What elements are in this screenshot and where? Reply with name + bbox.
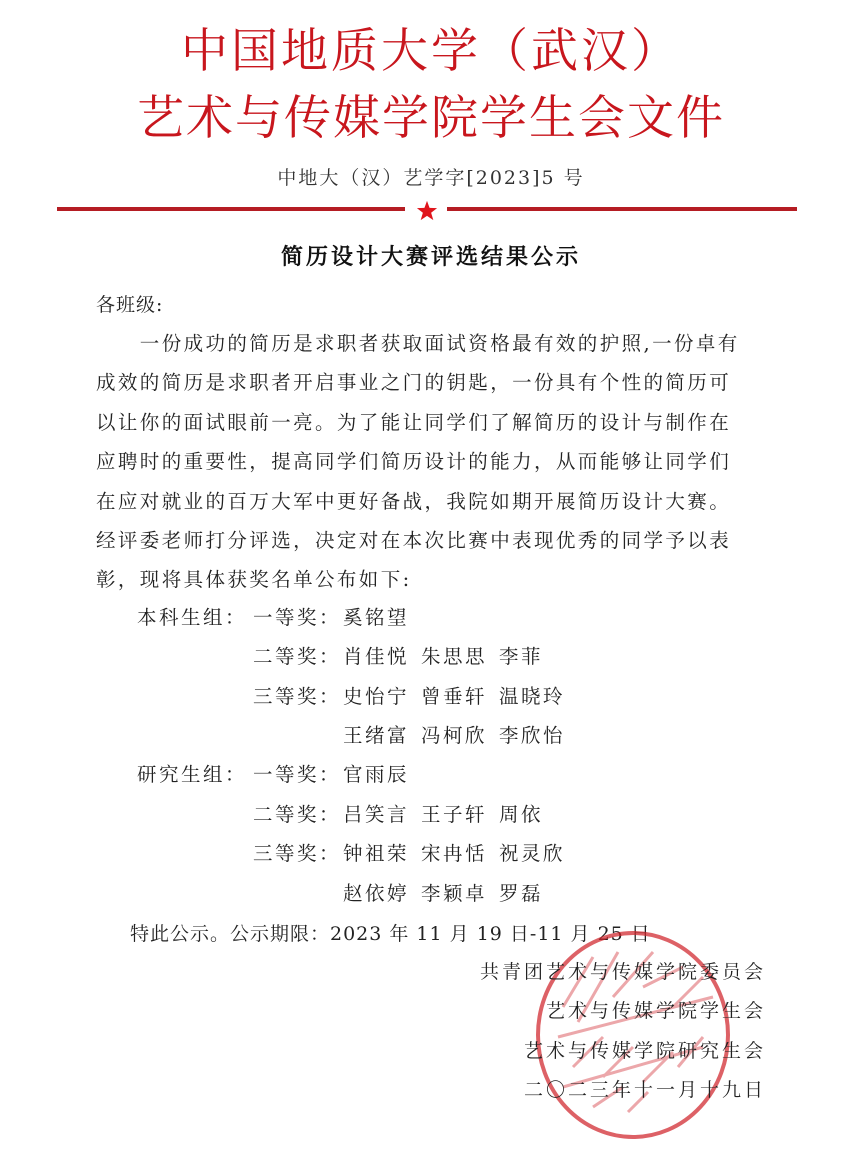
winner-name: 朱思思: [421, 645, 487, 668]
body-line: 在应对就业的百万大军中更好备战，我院如期开展简历设计大赛。: [96, 487, 768, 517]
body-line: 一份成功的简历是求职者获取面试资格最有效的护照,一份卓有: [96, 329, 768, 359]
winner-name: 赵依婷: [343, 882, 409, 905]
issue-date: 二〇二三年十一月十九日: [524, 1075, 766, 1105]
divider-right: [447, 207, 797, 211]
winner-name: 宋冉恬: [421, 842, 487, 865]
winner-names: 吕笑言王子轩周依: [343, 800, 555, 830]
group-label: 本科生组：: [137, 603, 247, 633]
award-row: 赵依婷李颖卓罗磊: [0, 879, 862, 909]
body-line: 以让你的面试眼前一亮。为了能让同学们了解简历的设计与制作在: [96, 408, 768, 438]
prize-label: 一等奖：: [253, 760, 341, 790]
winner-name: 罗磊: [499, 882, 543, 905]
winner-name: 肖佳悦: [343, 645, 409, 668]
winner-name: 官雨辰: [343, 763, 409, 786]
group-label: 研究生组：: [137, 760, 247, 790]
winner-names: 钟祖荣宋冉恬祝灵欣: [343, 839, 577, 869]
award-row: 二等奖： 吕笑言王子轩周依: [0, 800, 862, 830]
award-row: 研究生组： 一等奖： 官雨辰: [0, 760, 862, 790]
notice-title: 简历设计大赛评选结果公示: [0, 242, 862, 274]
winner-name: 李菲: [499, 645, 543, 668]
winner-name: 曾垂轩: [421, 685, 487, 708]
signatory: 共青团艺术与传媒学院委员会: [480, 957, 766, 987]
prize-label: 三等奖：: [253, 682, 341, 712]
winner-name: 王子轩: [421, 803, 487, 826]
winner-name: 钟祖荣: [343, 842, 409, 865]
winner-name: 王绪富: [343, 724, 409, 747]
document-number: 中地大（汉）艺学字[2023]5 号: [0, 164, 862, 192]
winner-name: 李颖卓: [421, 882, 487, 905]
winner-name: 奚铭望: [343, 606, 409, 629]
winner-names: 肖佳悦朱思思李菲: [343, 642, 555, 672]
signatory: 艺术与传媒学院学生会: [546, 996, 766, 1026]
winner-names: 王绪富冯柯欣李欣怡: [343, 721, 577, 751]
prize-label: 二等奖：: [253, 642, 341, 672]
winner-name: 李欣怡: [499, 724, 565, 747]
header-university: 中国地质大学（武汉）: [0, 22, 862, 82]
winner-name: 冯柯欣: [421, 724, 487, 747]
winner-names: 奚铭望: [343, 603, 421, 633]
red-star-icon: [416, 200, 438, 222]
award-row: 二等奖： 肖佳悦朱思思李菲: [0, 642, 862, 672]
winner-names: 史怡宁曾垂轩温晓玲: [343, 682, 577, 712]
divider-left: [57, 207, 405, 211]
signatory: 艺术与传媒学院研究生会: [524, 1036, 766, 1066]
winner-names: 赵依婷李颖卓罗磊: [343, 879, 555, 909]
winner-name: 史怡宁: [343, 685, 409, 708]
award-row: 三等奖： 史怡宁曾垂轩温晓玲: [0, 682, 862, 712]
winner-name: 吕笑言: [343, 803, 409, 826]
header-document-type: 艺术与传媒学院学生会文件: [0, 88, 862, 150]
prize-label: 一等奖：: [253, 603, 341, 633]
prize-label: 三等奖：: [253, 839, 341, 869]
winner-name: 祝灵欣: [499, 842, 565, 865]
body-line: 彰，现将具体获奖名单公布如下:: [96, 565, 768, 595]
award-row: 三等奖： 钟祖荣宋冉恬祝灵欣: [0, 839, 862, 869]
winner-name: 周依: [499, 803, 543, 826]
award-row: 本科生组： 一等奖： 奚铭望: [0, 603, 862, 633]
body-line: 成效的简历是求职者开启事业之门的钥匙，一份具有个性的简历可: [96, 368, 768, 398]
body-line: 经评委老师打分评选，决定对在本次比赛中表现优秀的同学予以表: [96, 526, 768, 556]
prize-label: 二等奖：: [253, 800, 341, 830]
winner-name: 温晓玲: [499, 685, 565, 708]
salutation: 各班级:: [96, 290, 163, 320]
winner-names: 官雨辰: [343, 760, 421, 790]
body-line: 应聘时的重要性，提高同学们简历设计的能力，从而能够让同学们: [96, 447, 768, 477]
award-row: 王绪富冯柯欣李欣怡: [0, 721, 862, 751]
